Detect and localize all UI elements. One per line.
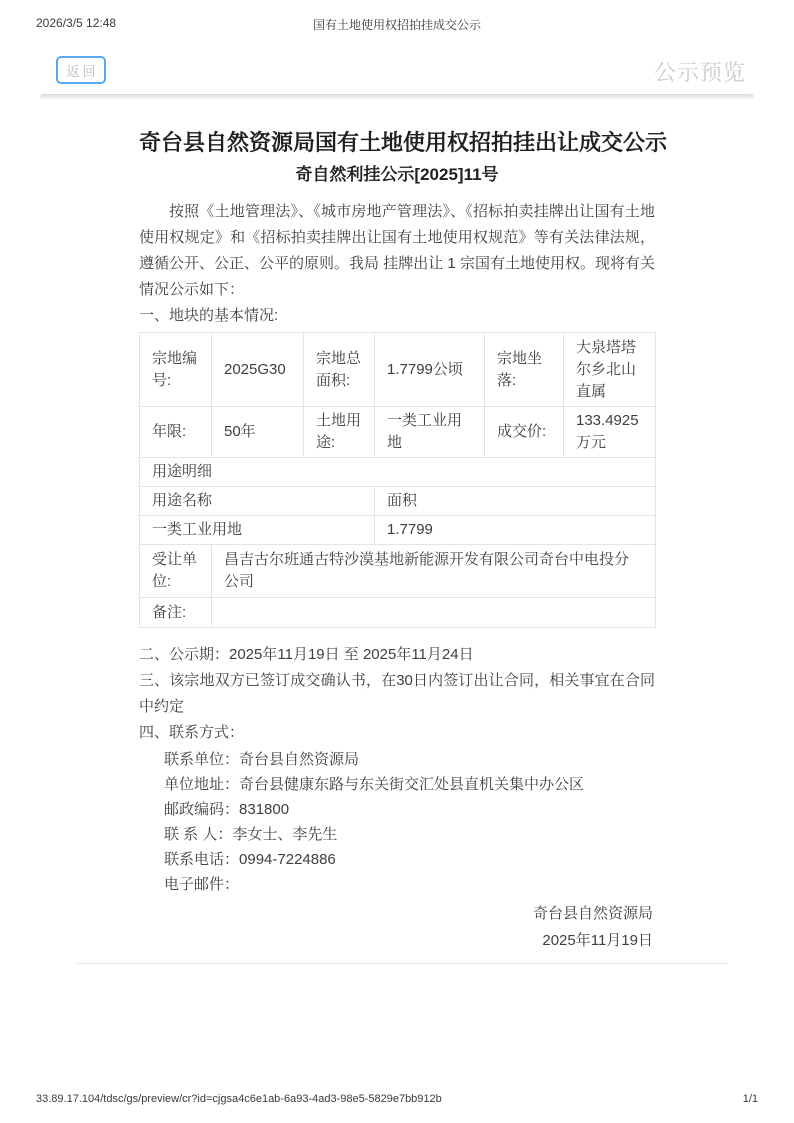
use-name-header: 用途名称 — [140, 487, 375, 516]
back-button[interactable]: 返回 — [56, 56, 106, 84]
term-value: 50年 — [212, 407, 304, 458]
web-content-area: 返回 公示预览 奇台县自然资源局国有土地使用权招拍挂出让成交公示 奇自然利挂公示… — [36, 0, 758, 964]
contact-unit-value: 奇台县自然资源局 — [239, 751, 359, 768]
table-row: 用途名称 面积 — [140, 487, 656, 516]
use-detail-header: 用途明细 — [140, 458, 656, 487]
print-page-number: 1/1 — [743, 1093, 758, 1105]
table-row: 用途明细 — [140, 458, 656, 487]
preview-watermark-label: 公示预览 — [654, 56, 746, 87]
remark-value — [212, 598, 656, 628]
location-value: 大泉塔塔尔乡北山直属 — [564, 333, 656, 407]
table-row: 一类工业用地 1.7799 — [140, 516, 656, 545]
signature-org: 奇台县自然资源局 — [139, 900, 653, 927]
use-name-value: 一类工业用地 — [140, 516, 375, 545]
remark-label: 备注: — [140, 598, 212, 628]
transferee-label: 受让单位: — [140, 545, 212, 598]
section3-confirmation: 三、该宗地双方已签订成交确认书，在30日内签订出让合同，相关事宜在合同中约定 — [139, 668, 655, 720]
contact-postcode-value: 831800 — [239, 801, 289, 818]
contact-info: 联系单位：奇台县自然资源局 单位地址：奇台县健康东路与东关街交汇处县直机关集中办… — [139, 747, 655, 897]
print-source-url: 33.89.17.104/tdsc/gs/preview/cr?id=cjgsa… — [36, 1093, 442, 1105]
document-number: 奇自然利挂公示[2025]11号 — [139, 163, 655, 187]
table-row: 宗地编号: 2025G30 宗地总面积: 1.7799公顷 宗地坐落: 大泉塔塔… — [140, 333, 656, 407]
contact-phone-label: 联系电话： — [164, 851, 239, 868]
contact-address-value: 奇台县健康东路与东关街交汇处县直机关集中办公区 — [239, 776, 584, 793]
print-preview-page: 2026/3/5 12:48 国有土地使用权招拍挂成交公示 返回 公示预览 奇台… — [0, 0, 794, 1123]
table-row: 备注: — [140, 598, 656, 628]
contact-person-value: 李女士、李先生 — [232, 826, 337, 843]
section2-publicity-period: 二、公示期：2025年11月19日 至 2025年11月24日 — [139, 641, 655, 668]
area-value: 1.7799 — [375, 516, 656, 545]
total-area-value: 1.7799公顷 — [375, 333, 485, 407]
contact-person: 联 系 人：李女士、李先生 — [139, 822, 655, 847]
contact-phone: 联系电话：0994-7224886 — [139, 847, 655, 872]
deal-price-value: 133.4925万元 — [564, 407, 656, 458]
toolbar-divider — [40, 94, 754, 100]
print-footer: 33.89.17.104/tdsc/gs/preview/cr?id=cjgsa… — [36, 1093, 758, 1105]
contact-unit-label: 联系单位： — [164, 751, 239, 768]
section4-heading: 四、联系方式： — [139, 720, 655, 746]
land-use-value: 一类工业用地 — [375, 407, 485, 458]
parcel-info-table: 宗地编号: 2025G30 宗地总面积: 1.7799公顷 宗地坐落: 大泉塔塔… — [139, 332, 656, 628]
total-area-label: 宗地总面积: — [304, 333, 375, 407]
deal-price-label: 成交价: — [485, 407, 564, 458]
parcel-number-label: 宗地编号: — [140, 333, 212, 407]
parcel-number-value: 2025G30 — [212, 333, 304, 407]
contact-address-label: 单位地址： — [164, 776, 239, 793]
contact-address: 单位地址：奇台县健康东路与东关街交汇处县直机关集中办公区 — [139, 772, 655, 797]
toolbar: 返回 公示预览 — [36, 50, 758, 94]
land-use-label: 土地用途: — [304, 407, 375, 458]
contact-email: 电子邮件： — [139, 872, 655, 897]
contact-postcode: 邮政编码：831800 — [139, 797, 655, 822]
table-row: 受让单位: 昌吉古尔班通古特沙漠基地新能源开发有限公司奇台中电投分公司 — [140, 545, 656, 598]
term-label: 年限: — [140, 407, 212, 458]
document-end-divider — [77, 963, 728, 964]
table-row: 年限: 50年 土地用途: 一类工业用地 成交价: 133.4925万元 — [140, 407, 656, 458]
location-label: 宗地坐落: — [485, 333, 564, 407]
contact-email-label: 电子邮件： — [164, 876, 239, 893]
signature-date: 2025年11月19日 — [139, 927, 653, 954]
intro-paragraph: 按照《土地管理法》、《城市房地产管理法》、《招标拍卖挂牌出让国有土地使用权规定》… — [139, 199, 655, 303]
contact-person-label: 联 系 人： — [164, 826, 232, 843]
signature-block: 奇台县自然资源局 2025年11月19日 — [139, 900, 655, 954]
contact-unit: 联系单位：奇台县自然资源局 — [139, 747, 655, 772]
document-title: 奇台县自然资源局国有土地使用权招拍挂出让成交公示 — [139, 128, 655, 158]
area-header: 面积 — [375, 487, 656, 516]
announcement-document: 奇台县自然资源局国有土地使用权招拍挂出让成交公示 奇自然利挂公示[2025]11… — [139, 128, 655, 954]
section1-heading: 一、地块的基本情况: — [139, 303, 655, 329]
transferee-value: 昌吉古尔班通古特沙漠基地新能源开发有限公司奇台中电投分公司 — [212, 545, 656, 598]
contact-phone-value: 0994-7224886 — [239, 851, 336, 868]
contact-postcode-label: 邮政编码： — [164, 801, 239, 818]
